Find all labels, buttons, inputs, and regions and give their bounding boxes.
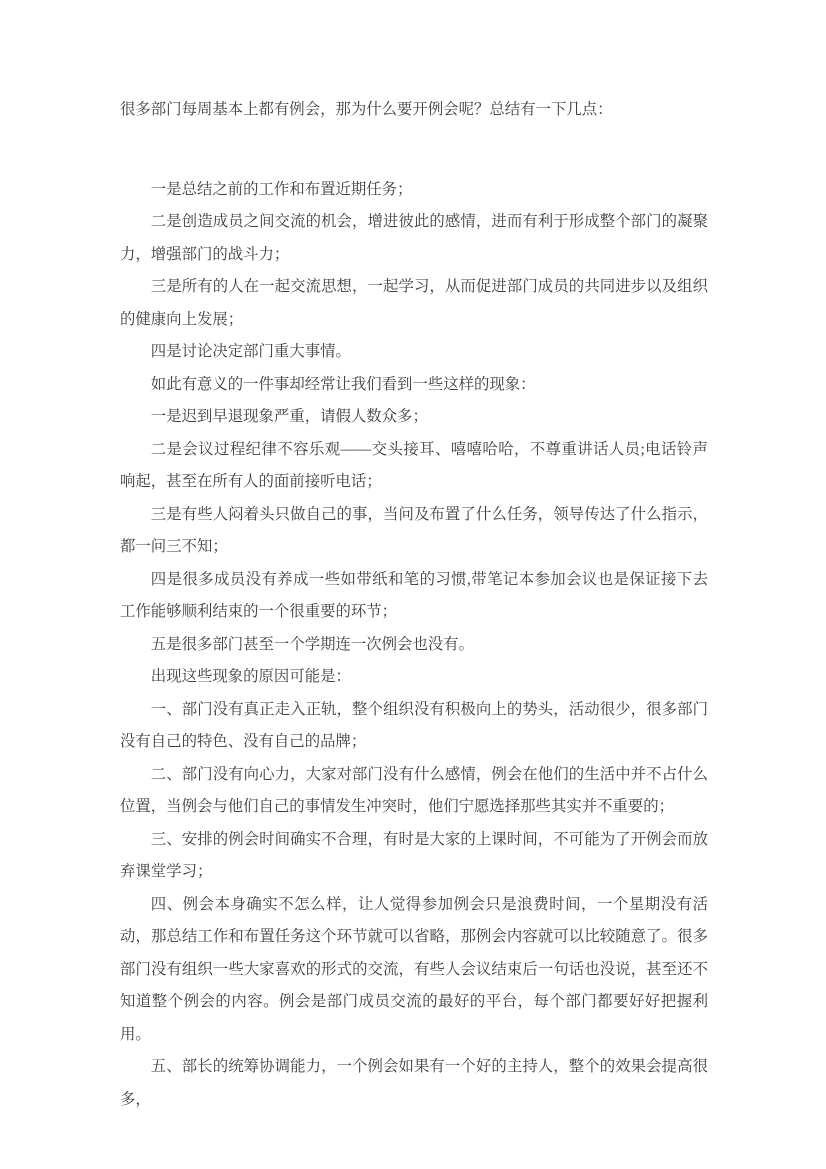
paragraph-reason-4: 四是讨论决定部门重大事情。 <box>120 336 708 369</box>
paragraph-cause-1: 一、部门没有真正走入正轨，整个组织没有积极向上的势头，活动很少，很多部门没有自己… <box>120 694 708 759</box>
paragraph-phenomenon-3: 三是有些人闷着头只做自己的事，当问及布置了什么任务，领导传达了什么指示，都一问三… <box>120 499 708 564</box>
paragraph-phenomenon-5: 五是很多部门甚至一个学期连一次例会也没有。 <box>120 629 708 662</box>
paragraph-phenomena-intro: 如此有意义的一件事却经常让我们看到一些这样的现象： <box>120 369 708 402</box>
paragraph-reason-2: 二是创造成员之间交流的机会，增进彼此的感情，进而有利于形成整个部门的凝聚力，增强… <box>120 206 708 271</box>
paragraph-phenomenon-1: 一是迟到早退现象严重，请假人数众多； <box>120 401 708 434</box>
intro-paragraph: 很多部门每周基本上都有例会，那为什么要开例会呢？总结有一下几点： <box>120 94 708 127</box>
document-page: 很多部门每周基本上都有例会，那为什么要开例会呢？总结有一下几点： 一是总结之前的… <box>0 0 826 1169</box>
paragraph-cause-2: 二、部门没有向心力，大家对部门没有什么感情，例会在他们的生活中并不占什么位置，当… <box>120 759 708 824</box>
paragraph-cause-4: 四、例会本身确实不怎么样，让人觉得参加例会只是浪费时间，一个星期没有活动，那总结… <box>120 889 708 1052</box>
paragraph-phenomenon-2: 二是会议过程纪律不容乐观——交头接耳、嘻嘻哈哈，不尊重讲话人员;电话铃声响起，甚… <box>120 434 708 499</box>
paragraph-cause-5: 五、部长的统筹协调能力，一个例会如果有一个好的主持人，整个的效果会提高很多， <box>120 1051 708 1116</box>
paragraph-causes-intro: 出现这些现象的原因可能是： <box>120 661 708 694</box>
document-body: 很多部门每周基本上都有例会，那为什么要开例会呢？总结有一下几点： 一是总结之前的… <box>120 94 708 1116</box>
paragraph-reason-1: 一是总结之前的工作和布置近期任务； <box>120 174 708 207</box>
paragraph-reason-3: 三是所有的人在一起交流思想，一起学习，从而促进部门成员的共同进步以及组织的健康向… <box>120 271 708 336</box>
paragraph-cause-3: 三、安排的例会时间确实不合理，有时是大家的上课时间，不可能为了开例会而放弃课堂学… <box>120 824 708 889</box>
paragraph-phenomenon-4: 四是很多成员没有养成一些如带纸和笔的习惯,带笔记本参加会议也是保证接下去工作能够… <box>120 564 708 629</box>
